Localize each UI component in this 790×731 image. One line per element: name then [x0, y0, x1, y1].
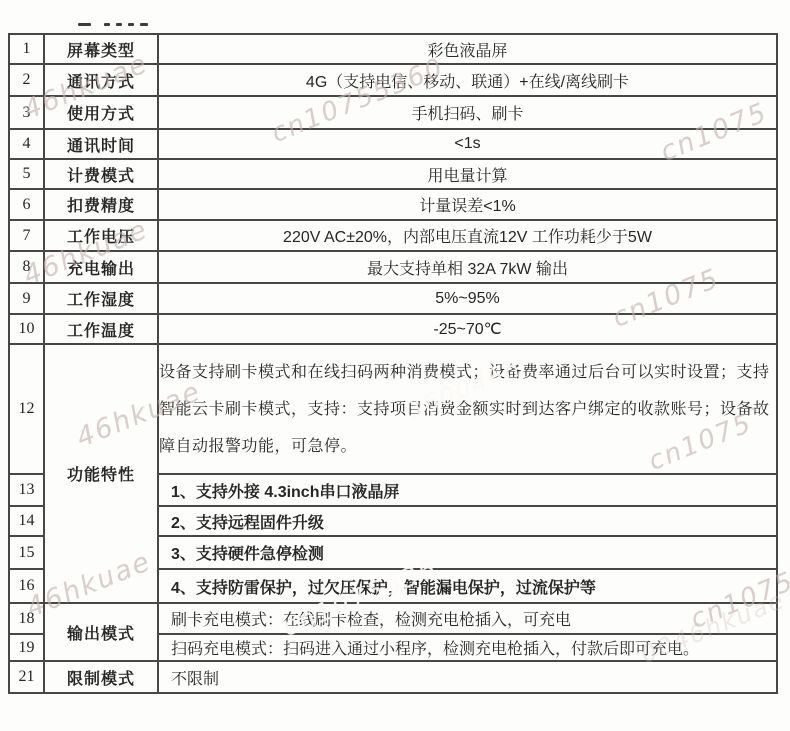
row-label: 工作温度: [44, 314, 158, 344]
row-number: 19: [9, 634, 44, 661]
row-value: 扫码充电模式：扫码进入通过小程序，检测充电枪插入，付款后即可充电。: [158, 634, 777, 661]
row-number: 2: [9, 64, 44, 96]
row-value: 刷卡充电模式：在线刷卡检查，检测充电枪插入，可充电: [158, 603, 777, 634]
row-value: 4G（支持电信、移动、联通）+在线/离线刷卡: [158, 64, 777, 96]
table-row: 12 功能特性 设备支持刷卡模式和在线扫码两种消费模式；设备费率通过后台可以实时…: [9, 344, 777, 474]
row-value: 2、支持远程固件升级: [158, 506, 777, 536]
row-value: 4、支持防雷保护，过欠压保护，智能漏电保护，过流保护等: [158, 569, 777, 603]
row-number: 4: [9, 129, 44, 159]
row-label: 通讯方式: [44, 64, 158, 96]
row-number: 14: [9, 506, 44, 536]
table-row: 7 工作电压 220V AC±20%，内部电压直流12V 工作功耗少于5W: [9, 220, 777, 251]
row-value: 手机扫码、刷卡: [158, 96, 777, 129]
row-number: 5: [9, 159, 44, 189]
row-value: 设备支持刷卡模式和在线扫码两种消费模式；设备费率通过后台可以实时设置；支持智能云…: [158, 344, 777, 474]
row-value: 不限制: [158, 661, 777, 693]
table-row: 21 限制模式 不限制: [9, 661, 777, 693]
row-label: 计费模式: [44, 159, 158, 189]
table-row: 8 充电输出 最大支持单相 32A 7kW 输出: [9, 251, 777, 283]
table-row: 18 输出模式 刷卡充电模式：在线刷卡检查，检测充电枪插入，可充电: [9, 603, 777, 634]
row-number: 3: [9, 96, 44, 129]
row-label-output-mode: 输出模式: [44, 603, 158, 661]
table-row: 4 通讯时间 <1s: [9, 129, 777, 159]
row-label-features: 功能特性: [44, 344, 158, 603]
row-label: 使用方式: [44, 96, 158, 129]
row-label: 工作湿度: [44, 283, 158, 314]
row-value: 3、支持硬件急停检测: [158, 536, 777, 569]
row-number: 10: [9, 314, 44, 344]
spec-table: 1 屏幕类型 彩色液晶屏 2 通讯方式 4G（支持电信、移动、联通）+在线/离线…: [8, 33, 778, 694]
row-label: 扣费精度: [44, 189, 158, 220]
row-value: 计量误差<1%: [158, 189, 777, 220]
table-row: 6 扣费精度 计量误差<1%: [9, 189, 777, 220]
row-label: 工作电压: [44, 220, 158, 251]
row-value: 彩色液晶屏: [158, 34, 777, 64]
row-number: 16: [9, 569, 44, 603]
row-value: 5%~95%: [158, 283, 777, 314]
row-label: 限制模式: [44, 661, 158, 693]
table-row: 9 工作湿度 5%~95%: [9, 283, 777, 314]
table-row: 1 屏幕类型 彩色液晶屏: [9, 34, 777, 64]
page: { "table": { "merged": { "features": "功能…: [0, 0, 790, 731]
row-number: 6: [9, 189, 44, 220]
cropped-text-fragment: [78, 23, 168, 29]
row-value: 最大支持单相 32A 7kW 输出: [158, 251, 777, 283]
row-label: 通讯时间: [44, 129, 158, 159]
table-row: 3 使用方式 手机扫码、刷卡: [9, 96, 777, 129]
row-number: 8: [9, 251, 44, 283]
row-value: 220V AC±20%，内部电压直流12V 工作功耗少于5W: [158, 220, 777, 251]
table-row: 10 工作温度 -25~70℃: [9, 314, 777, 344]
row-number: 12: [9, 344, 44, 474]
table-row: 5 计费模式 用电量计算: [9, 159, 777, 189]
row-label: 充电输出: [44, 251, 158, 283]
row-value: 用电量计算: [158, 159, 777, 189]
row-number: 7: [9, 220, 44, 251]
row-label: 屏幕类型: [44, 34, 158, 64]
table-row: 2 通讯方式 4G（支持电信、移动、联通）+在线/离线刷卡: [9, 64, 777, 96]
row-number: 9: [9, 283, 44, 314]
row-value: -25~70℃: [158, 314, 777, 344]
row-number: 1: [9, 34, 44, 64]
row-number: 13: [9, 474, 44, 506]
row-value: <1s: [158, 129, 777, 159]
row-number: 18: [9, 603, 44, 634]
row-number: 21: [9, 661, 44, 693]
row-number: 15: [9, 536, 44, 569]
row-value: 1、支持外接 4.3inch串口液晶屏: [158, 474, 777, 506]
